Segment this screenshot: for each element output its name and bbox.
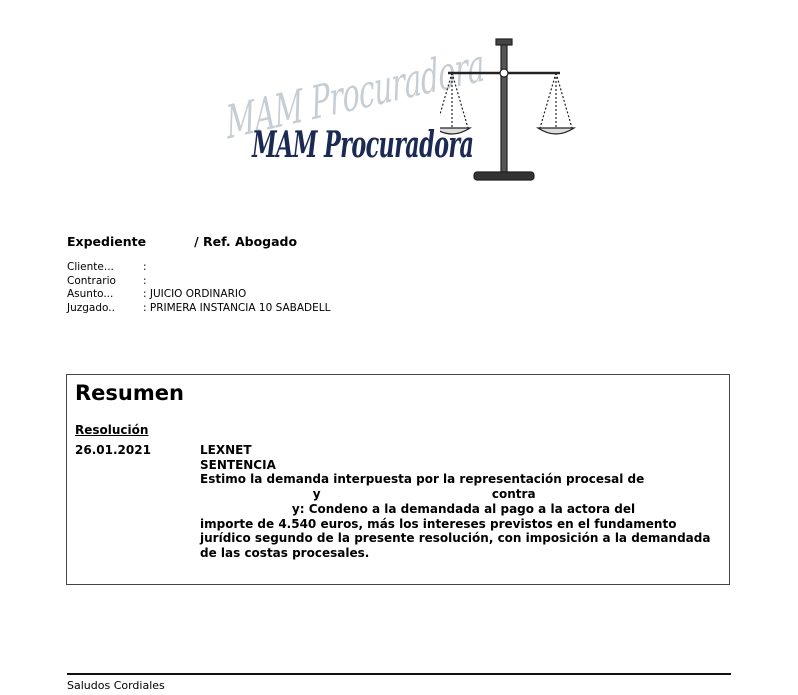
case-metadata: Cliente... : Contrario : Asunto... : JUI… [67, 261, 330, 315]
resolucion-text: LEXNET SENTENCIA Estimo la demanda inter… [200, 443, 725, 561]
meta-value: : [143, 275, 147, 289]
meta-label: Juzgado.. [67, 302, 143, 316]
meta-label: Asunto... [67, 288, 143, 302]
ref-abogado-label: / Ref. Abogado [194, 234, 297, 249]
resolucion-label: Resolución [75, 423, 148, 437]
logo: MAM Procuradora MAM Procuradora [222, 36, 592, 188]
meta-row-cliente: Cliente... : [67, 261, 330, 275]
resolucion-date: 26.01.2021 [75, 443, 151, 457]
footer-divider [67, 673, 731, 675]
expediente-heading: Expediente/ Ref. Abogado [67, 234, 297, 249]
resolucion-line: jurídico segundo de la presente resoluci… [200, 531, 725, 546]
meta-value: : PRIMERA INSTANCIA 10 SABADELL [143, 302, 330, 316]
resumen-title: Resumen [75, 381, 184, 405]
resolucion-line: LEXNET [200, 443, 725, 458]
meta-row-asunto: Asunto... : JUICIO ORDINARIO [67, 288, 330, 302]
resolucion-line: importe de 4.540 euros, más los interese… [200, 517, 725, 532]
resolucion-line: SENTENCIA [200, 458, 725, 473]
resolucion-line: de las costas procesales. [200, 546, 725, 561]
scales-of-justice-icon [440, 36, 590, 188]
meta-row-juzgado: Juzgado.. : PRIMERA INSTANCIA 10 SABADEL… [67, 302, 330, 316]
resolucion-line: Estimo la demanda interpuesta por la rep… [200, 472, 725, 487]
expediente-label: Expediente [67, 234, 146, 249]
meta-value: : JUICIO ORDINARIO [143, 288, 246, 302]
meta-value: : [143, 261, 147, 275]
resolucion-line: y contra [200, 487, 725, 502]
meta-label: Contrario [67, 275, 143, 289]
meta-row-contrario: Contrario : [67, 275, 330, 289]
resolucion-line: y: Condeno a la demandada al pago a la a… [200, 502, 725, 517]
resumen-box: Resumen Resolución 26.01.2021 LEXNET SEN… [66, 374, 730, 585]
closing-text: Saludos Cordiales [67, 679, 165, 692]
meta-label: Cliente... [67, 261, 143, 275]
